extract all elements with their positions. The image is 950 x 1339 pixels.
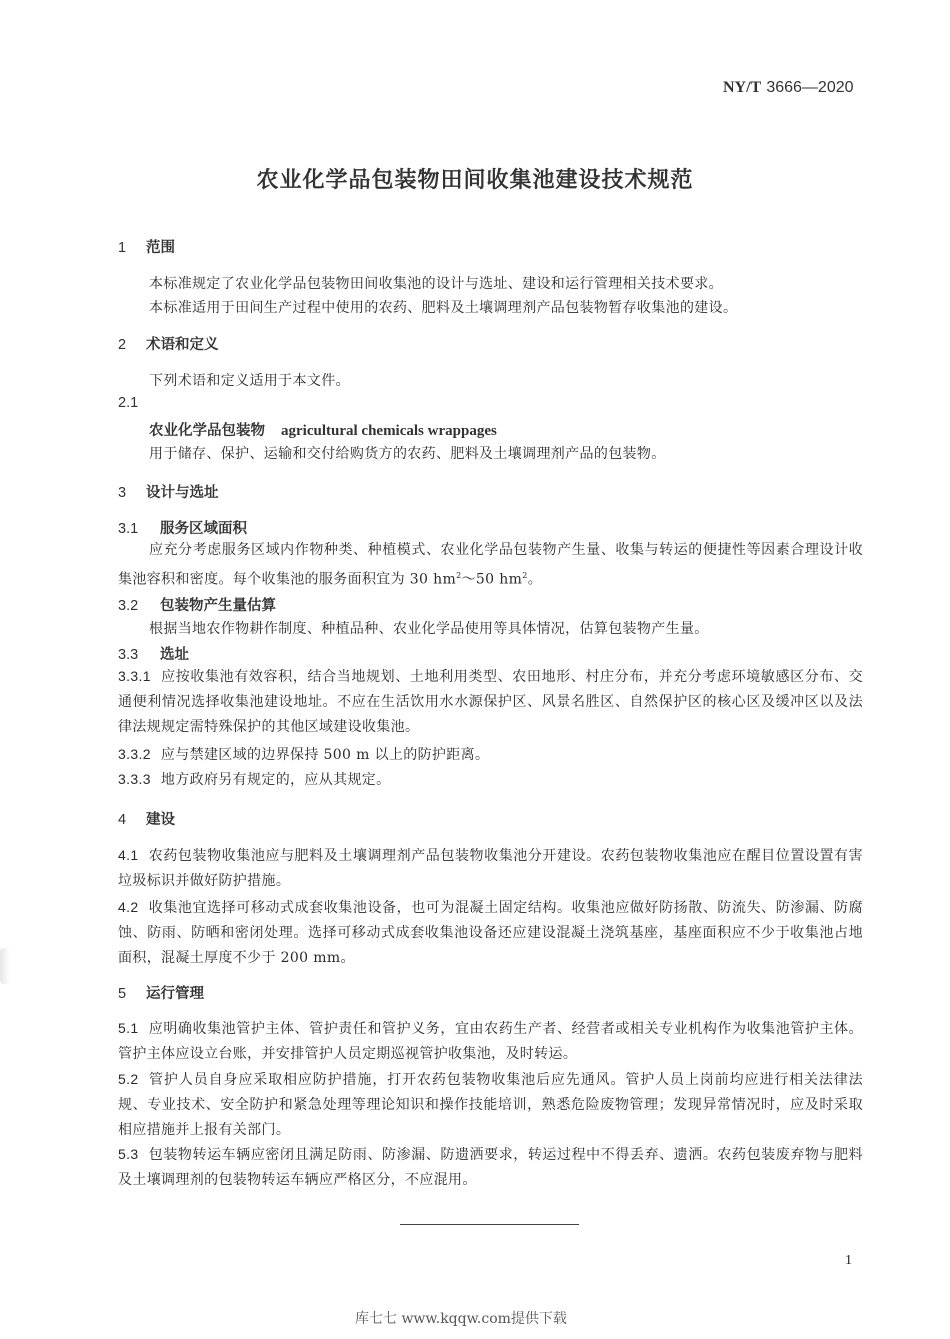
clause-5-3-text: 5.3包装物转运车辆应密闭且满足防雨、防渗漏、防遗洒要求，转运过程中不得丢弃、遗… <box>118 1142 863 1193</box>
clause-3-3-1-text: 3.3.1应按收集池有效容积，结合当地规划、土地利用类型、农田地形、村庄分布，并… <box>118 664 863 740</box>
section-2-heading: 2术语和定义 <box>118 333 219 354</box>
section-2-intro: 下列术语和定义适用于本文件。 <box>149 370 350 390</box>
section-4-heading: 4建设 <box>118 808 175 829</box>
clause-5-2-text: 5.2管护人员自身应采取相应防护措施，打开农药包装物收集池后应先通风。管护人员上… <box>118 1067 863 1143</box>
document-title: 农业化学品包装物田间收集池建设技术规范 <box>0 163 950 194</box>
section-number: 2 <box>118 337 146 353</box>
section-1-heading: 1范围 <box>118 236 175 257</box>
scan-artifact <box>0 948 10 984</box>
section-number: 1 <box>118 240 146 256</box>
clause-5-1-text: 5.1应明确收集池管护主体、管护责任和管护义务，宜由农药生产者、经营者或相关专业… <box>118 1016 863 1067</box>
section-1-paragraph-2: 本标准适用于田间生产过程中使用的农药、肥料及土壤调理剂产品包装物暂存收集池的建设… <box>149 297 737 317</box>
section-title: 术语和定义 <box>146 337 219 353</box>
section-title: 范围 <box>146 240 175 256</box>
standard-prefix: NY/T <box>723 79 761 96</box>
section-number: 4 <box>118 812 146 828</box>
section-number: 3 <box>118 485 146 501</box>
term-entry: 农业化学品包装物agricultural chemicals wrappages <box>149 419 497 440</box>
clause-3-1-heading: 3.1服务区域面积 <box>118 517 247 538</box>
section-title: 设计与选址 <box>146 485 219 501</box>
term-definition: 用于储存、保护、运输和交付给购货方的农药、肥料及土壤调理剂产品的包装物。 <box>149 443 666 463</box>
standard-number: 3666—2020 <box>766 79 853 96</box>
standard-code: NY/T 3666—2020 <box>723 77 854 97</box>
clause-3-3-heading: 3.3选址 <box>118 643 189 664</box>
clause-3-3-2-text: 3.3.2应与禁建区域的边界保持 500 m 以上的防护距离。 <box>118 742 863 768</box>
page-number: 1 <box>845 1253 852 1269</box>
watermark-text: 库七七 www.kqqw.com提供下载 <box>355 1308 567 1328</box>
clause-3-2-text: 根据当地农作物耕作制度、种植品种、农业化学品使用等具体情况，估算包装物产生量。 <box>149 618 709 638</box>
clause-4-2-text: 4.2收集池宜选择可移动式成套收集池设备，也可为混凝土固定结构。收集池应做好防扬… <box>118 895 863 971</box>
clause-4-1-text: 4.1农药包装物收集池应与肥料及土壤调理剂产品包装物收集池分开建设。农药包装物收… <box>118 843 863 894</box>
section-title: 运行管理 <box>146 986 204 1002</box>
section-1-paragraph-1: 本标准规定了农业化学品包装物田间收集池的设计与选址、建设和运行管理相关技术要求。 <box>149 273 723 293</box>
clause-3-1-text: 应充分考虑服务区域内作物种类、种植模式、农业化学品包装物产生量、收集与转运的便捷… <box>118 538 863 593</box>
end-rule-divider <box>400 1224 579 1225</box>
clause-3-2-heading: 3.2包装物产生量估算 <box>118 594 276 615</box>
term-chinese: 农业化学品包装物 <box>149 423 265 439</box>
section-title: 建设 <box>146 812 175 828</box>
section-5-heading: 5运行管理 <box>118 982 204 1003</box>
clause-2-1-number: 2.1 <box>118 395 160 411</box>
term-english: agricultural chemicals wrappages <box>281 423 497 439</box>
section-number: 5 <box>118 986 146 1002</box>
clause-3-3-3-text: 3.3.3地方政府另有规定的，应从其规定。 <box>118 767 863 793</box>
section-3-heading: 3设计与选址 <box>118 481 219 502</box>
